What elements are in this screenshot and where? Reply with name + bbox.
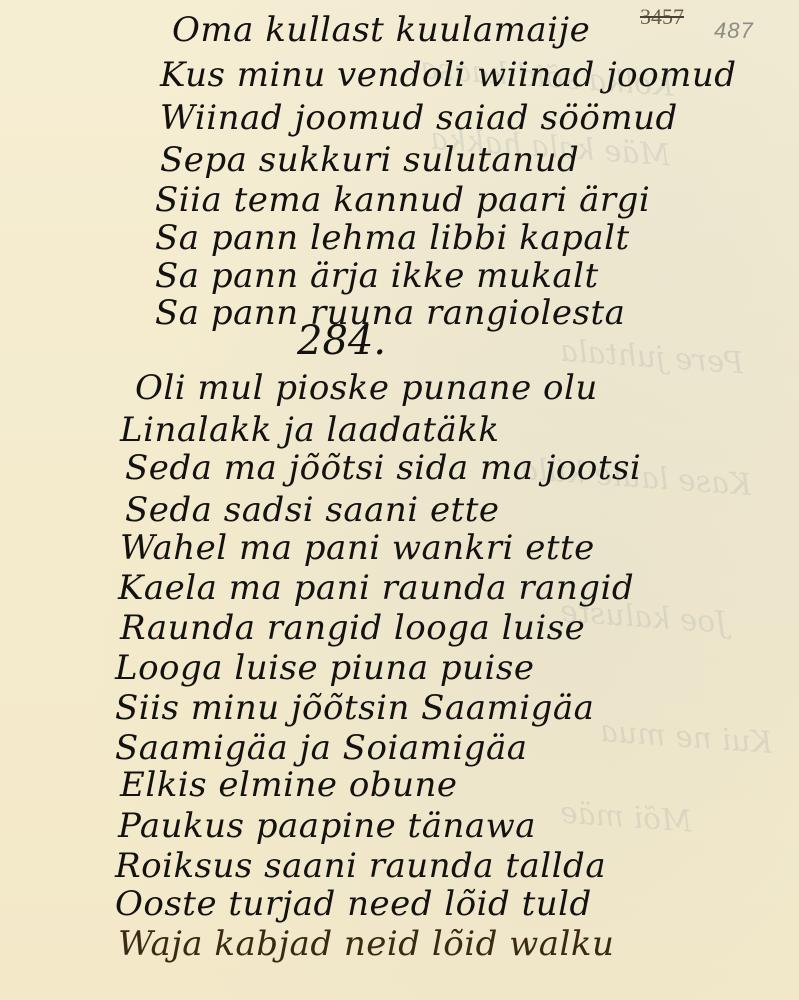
verse-line: Saamigäa ja Soiamigäa [115, 728, 528, 768]
verse-line: Kaela ma pani raunda rangid [118, 568, 634, 608]
manuscript-page: Kolka sõid kaasa Mäe kala hakka Pere juh… [0, 0, 799, 1000]
verse-line: Roiksus saani raunda tallda [115, 846, 606, 886]
verse-line: Paukus paapine tänawa [118, 806, 536, 846]
verse-line: Sa pann ruuna rangiolesta [155, 293, 625, 333]
verse-line: Siia tema kannud paari ärgi [155, 180, 650, 220]
stanza-number: 284. [297, 318, 386, 364]
verse-line: Wiinad joomud saiad söömud [160, 98, 678, 138]
verse-line: Kus minu vendoli wiinad joomud [160, 55, 737, 95]
verse-line: Waja kabjad neid lõid walku [118, 924, 614, 964]
verse-line: Raunda rangid looga luise [120, 608, 585, 648]
verse-line: Seda sadsi saani ette [125, 490, 500, 530]
verse-line: Oma kullast kuulamaije [172, 10, 590, 50]
verse-line: Siis minu jõõtsin Saamigäa [115, 688, 594, 728]
catalog-number-struck: 3457 [640, 4, 684, 30]
verse-line: Sa pann lehma libbi kapalt [155, 218, 630, 258]
verse-line: Linalakk ja laadatäkk [120, 410, 500, 450]
catalog-number: 487 [714, 18, 754, 44]
bleed-through-text: Kui ne mua [599, 714, 774, 761]
verse-line: Seda ma jõõtsi sida ma jootsi [125, 448, 641, 488]
verse-line: Wahel ma pani wankri ette [120, 528, 595, 568]
bleed-through-text: Mõi mäe [559, 795, 693, 839]
verse-line: Ooste turjad need lõid tuld [115, 884, 592, 924]
verse-line: Oli mul pioske punane olu [135, 368, 598, 408]
verse-line: Looga luise piuna puise [115, 648, 535, 688]
verse-line: Sa pann ärja ikke mukalt [155, 256, 599, 296]
verse-line: Sepa sukkuri sulutanud [160, 140, 579, 180]
verse-line: Elkis elmine obune [120, 765, 458, 805]
